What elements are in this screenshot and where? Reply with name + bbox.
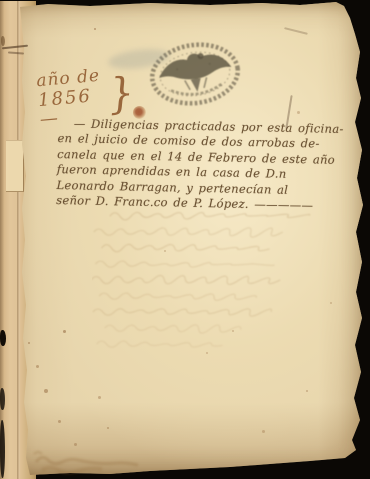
foxing-dot — [74, 443, 77, 446]
foxing-dot — [107, 427, 109, 429]
manuscript-paragraph: — Diligencias practicadas por esta ofici… — [56, 116, 362, 215]
foxing-dot — [63, 330, 66, 333]
foxing-dot — [28, 342, 30, 344]
foxing-dot — [98, 396, 101, 399]
foxing-dot — [94, 28, 96, 30]
scanned-document-page: { "year_annotation": { "prefix": "año de… — [0, 0, 370, 479]
foxing-dot — [262, 430, 265, 433]
foxing-dot — [306, 390, 308, 392]
year-brace: } — [106, 68, 136, 118]
foxing-dot — [58, 420, 61, 423]
foxing-dot — [36, 365, 39, 368]
edge-speck — [1, 36, 5, 46]
edge-speck — [0, 388, 5, 410]
binding-crease — [17, 1, 20, 479]
foxing-dot — [330, 302, 332, 304]
bleedthrough-text — [92, 208, 360, 358]
foxing-dot — [232, 330, 234, 332]
paper-fragment-patch — [6, 140, 24, 192]
foxing-dot — [44, 389, 48, 393]
edge-speck — [0, 330, 6, 346]
bottom-smudge — [32, 448, 162, 476]
foxing-dot — [297, 111, 300, 114]
foxing-dot — [206, 352, 208, 354]
foxing-dot — [164, 250, 166, 252]
